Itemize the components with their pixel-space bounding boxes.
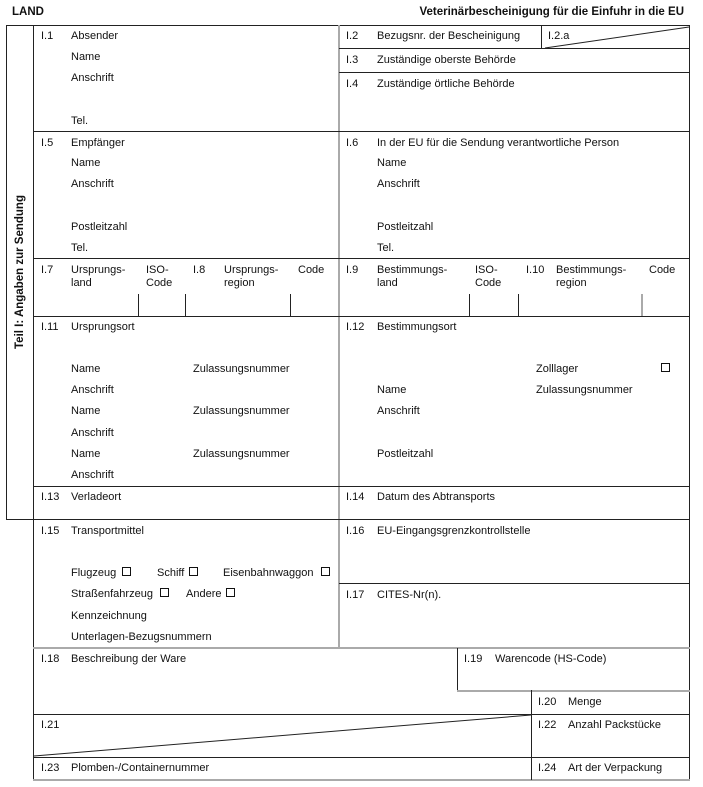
box-title-line2: land (377, 277, 398, 290)
name-field[interactable]: Name (71, 51, 100, 64)
documentary-references-field[interactable]: Unterlagen-Bezugsnummern (71, 631, 212, 644)
box-number: I.23 (41, 762, 59, 775)
iso-code-label-line1: ISO- (146, 264, 169, 277)
box-title-line1: Bestimmungs- (556, 264, 626, 277)
name-field[interactable]: Name (71, 157, 100, 170)
railway-label: Eisenbahnwaggon (223, 567, 314, 580)
box-number: I.11 (41, 321, 59, 334)
address-field[interactable]: Anschrift (71, 384, 114, 397)
ship-label: Schiff (157, 567, 184, 580)
section-label-part-1: Teil I: Angaben zur Sendung (14, 195, 26, 349)
box-number: I.4 (346, 78, 358, 91)
box-number: I.17 (346, 589, 364, 602)
iso-code-label-line2: Code (146, 277, 172, 290)
box-title-line1: Ursprungs- (71, 264, 125, 277)
customs-warehouse-checkbox[interactable] (661, 363, 670, 372)
box-title: Zuständige örtliche Behörde (377, 78, 515, 91)
iso-code-label-line1: ISO- (475, 264, 498, 277)
box-title-line1: Bestimmungs- (377, 264, 447, 277)
name-field[interactable]: Name (377, 157, 406, 170)
box-number: I.24 (538, 762, 556, 775)
box-number: I.15 (41, 525, 59, 538)
tel-field[interactable]: Tel. (71, 115, 88, 128)
other-checkbox[interactable] (226, 588, 235, 597)
name-field[interactable]: Name (71, 363, 100, 376)
approval-number-field[interactable]: Zulassungsnummer (193, 448, 290, 461)
box-number: I.19 (464, 653, 482, 666)
box-number: I.14 (346, 491, 364, 504)
box-title: In der EU für die Sendung verantwortlich… (377, 137, 619, 150)
postcode-field[interactable]: Postleitzahl (71, 221, 127, 234)
box-title: Ursprungsort (71, 321, 135, 334)
box-number: I.5 (41, 137, 53, 150)
customs-warehouse-label: Zolllager (536, 363, 578, 376)
approval-number-field[interactable]: Zulassungsnummer (193, 363, 290, 376)
approval-number-field[interactable]: Zulassungsnummer (536, 384, 633, 397)
box-title: Bezugsnr. der Bescheinigung (377, 30, 520, 43)
box-title-line2: land (71, 277, 92, 290)
box-title: Bestimmungsort (377, 321, 456, 334)
box-title: Transportmittel (71, 525, 144, 538)
address-field[interactable]: Anschrift (71, 178, 114, 191)
box-number: I.9 (346, 264, 358, 277)
tel-field[interactable]: Tel. (71, 242, 88, 255)
box-title: Zuständige oberste Behörde (377, 54, 516, 67)
box-title-line2: region (224, 277, 255, 290)
code-label: Code (649, 264, 675, 277)
box-number: I.21 (41, 719, 59, 732)
box-number: I.16 (346, 525, 364, 538)
box-number: I.18 (41, 653, 59, 666)
iso-code-label-line2: Code (475, 277, 501, 290)
box-title: Menge (568, 696, 602, 709)
name-field[interactable]: Name (71, 448, 100, 461)
postcode-field[interactable]: Postleitzahl (377, 221, 433, 234)
box-title: Warencode (HS-Code) (495, 653, 606, 666)
address-field[interactable]: Anschrift (71, 427, 114, 440)
box-title-line1: Ursprungs- (224, 264, 278, 277)
box-title: Absender (71, 30, 118, 43)
tel-field[interactable]: Tel. (377, 242, 394, 255)
railway-checkbox[interactable] (321, 567, 330, 576)
box-number: I.7 (41, 264, 53, 277)
box-title: CITES-Nr(n). (377, 589, 441, 602)
box-title: Beschreibung der Ware (71, 653, 186, 666)
box-number: I.2.a (548, 30, 569, 43)
aircraft-checkbox[interactable] (122, 567, 131, 576)
box-title: Verladeort (71, 491, 121, 504)
road-vehicle-label: Straßenfahrzeug (71, 588, 153, 601)
box-number: I.13 (41, 491, 59, 504)
box-number: I.10 (526, 264, 544, 277)
address-field[interactable]: Anschrift (71, 469, 114, 482)
box-title: Anzahl Packstücke (568, 719, 661, 732)
box-title: Art der Verpackung (568, 762, 662, 775)
address-field[interactable]: Anschrift (377, 178, 420, 191)
code-label: Code (298, 264, 324, 277)
name-field[interactable]: Name (377, 384, 406, 397)
postcode-field[interactable]: Postleitzahl (377, 448, 433, 461)
aircraft-label: Flugzeug (71, 567, 116, 580)
box-number: I.12 (346, 321, 364, 334)
box-number: I.22 (538, 719, 556, 732)
box-number: I.8 (193, 264, 205, 277)
address-field[interactable]: Anschrift (377, 405, 420, 418)
box-title: EU-Eingangsgrenzkontrollstelle (377, 525, 530, 538)
identification-field[interactable]: Kennzeichnung (71, 610, 147, 623)
box-title-line2: region (556, 277, 587, 290)
box-number: I.6 (346, 137, 358, 150)
box-title: Plomben-/Containernummer (71, 762, 209, 775)
box-number: I.20 (538, 696, 556, 709)
road-vehicle-checkbox[interactable] (160, 588, 169, 597)
approval-number-field[interactable]: Zulassungsnummer (193, 405, 290, 418)
box-number: I.3 (346, 54, 358, 67)
other-label: Andere (186, 588, 221, 601)
ship-checkbox[interactable] (189, 567, 198, 576)
name-field[interactable]: Name (71, 405, 100, 418)
box-number: I.2 (346, 30, 358, 43)
address-field[interactable]: Anschrift (71, 72, 114, 85)
box-number: I.1 (41, 30, 53, 43)
box-title: Datum des Abtransports (377, 491, 495, 504)
box-title: Empfänger (71, 137, 125, 150)
